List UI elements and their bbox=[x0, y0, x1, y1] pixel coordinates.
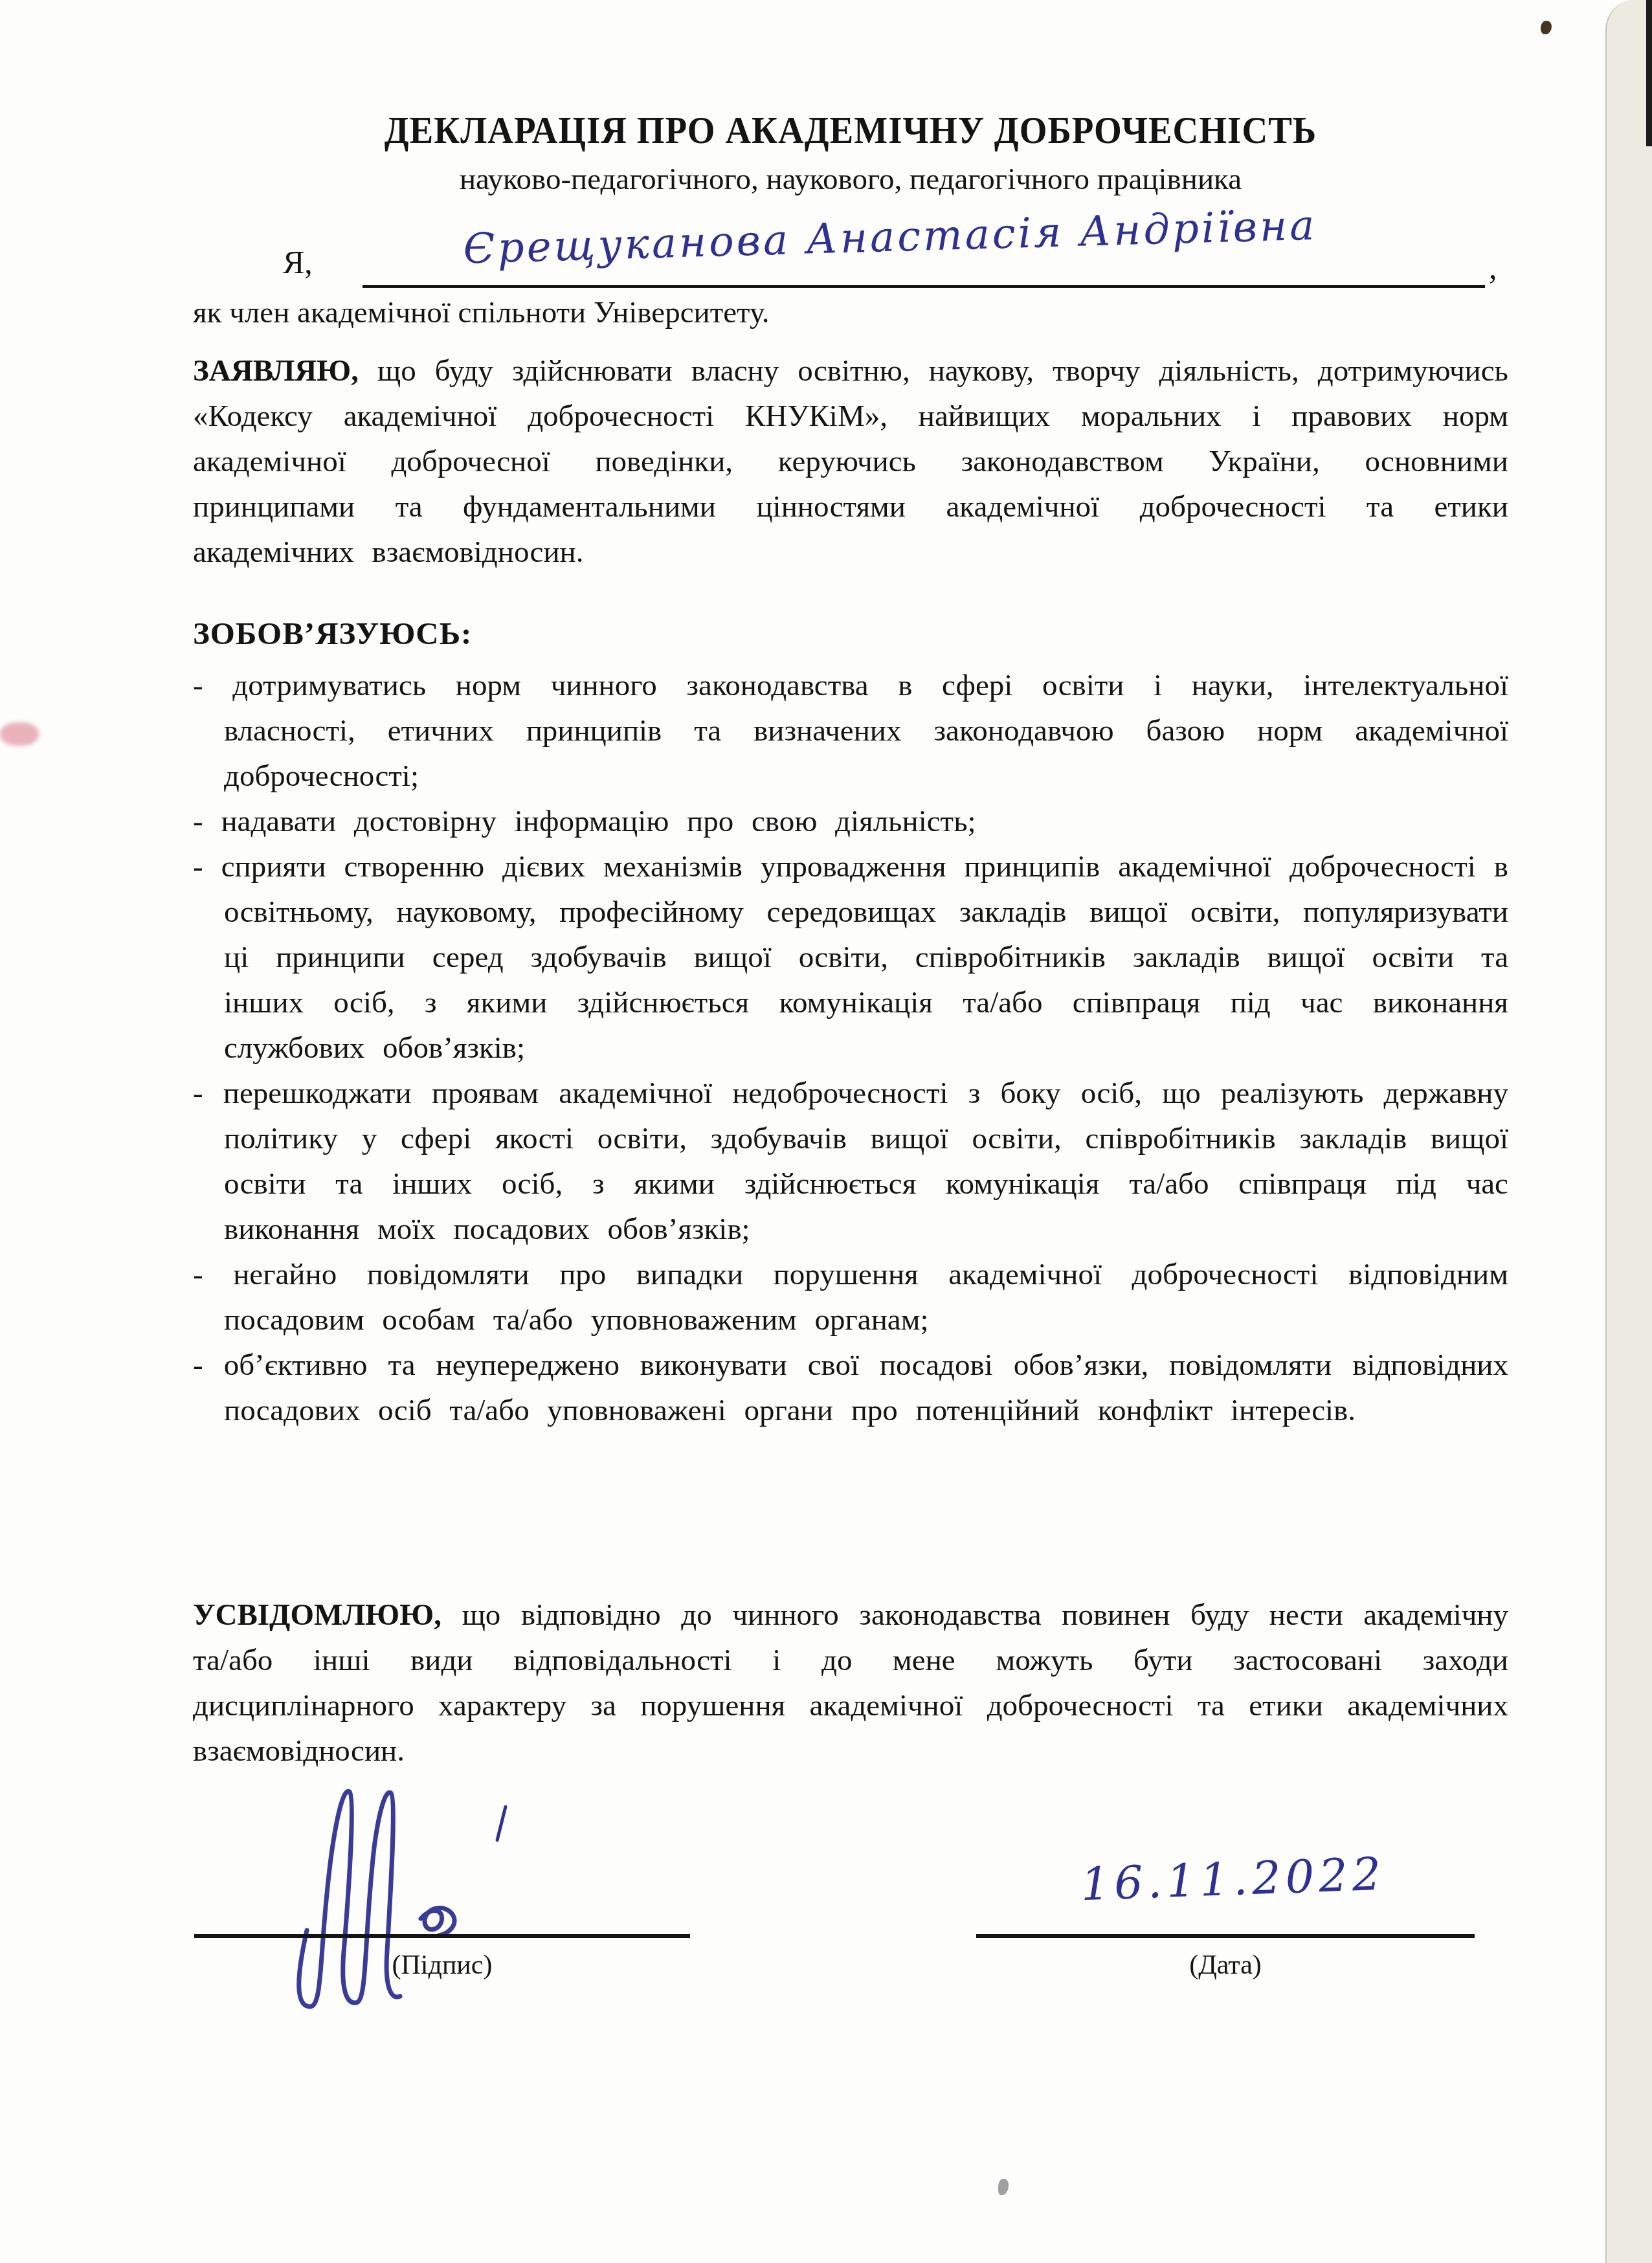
obligation-item: надавати достовірну інформацію про свою … bbox=[193, 799, 1508, 844]
pronoun-label: Я, bbox=[283, 243, 313, 281]
trailing-comma: , bbox=[1489, 249, 1497, 286]
scan-speck-top bbox=[1541, 21, 1552, 34]
document-title: ДЕКЛАРАЦІЯ ПРО АКАДЕМІЧНУ ДОБРОЧЕСНІСТЬ bbox=[193, 108, 1508, 152]
obligation-item: перешкоджати проявам академічної недобро… bbox=[193, 1071, 1508, 1252]
statement-keyword: ЗАЯВЛЯЮ, bbox=[193, 354, 359, 388]
name-underline bbox=[363, 285, 1485, 288]
date-line bbox=[976, 1934, 1475, 1938]
date-caption: (Дата) bbox=[976, 1950, 1475, 1981]
scanned-declaration-page: ДЕКЛАРАЦІЯ ПРО АКАДЕМІЧНУ ДОБРОЧЕСНІСТЬ … bbox=[0, 0, 1652, 2263]
scan-edge-shadow bbox=[1646, 0, 1652, 146]
obligation-item: об’єктивно та неупереджено виконувати св… bbox=[193, 1343, 1508, 1433]
obligation-item: негайно повідомляти про випадки порушенн… bbox=[193, 1252, 1508, 1343]
obligation-item: сприяти створенню дієвих механізмів упро… bbox=[193, 844, 1508, 1071]
scan-edge-band bbox=[1605, 0, 1652, 2263]
acknowledgement-paragraph: УСВІДОМЛЮЮ, що відповідно до чинного зак… bbox=[193, 1592, 1508, 1774]
signature-scrawl bbox=[277, 1783, 536, 2016]
document-subtitle: науково-педагогічного, наукового, педаго… bbox=[193, 162, 1508, 197]
signature-line bbox=[194, 1934, 690, 1938]
statement-paragraph: ЗАЯВЛЯЮ, що буду здійснювати власну осві… bbox=[193, 348, 1508, 575]
obligation-item: дотримуватись норм чинного законодавства… bbox=[193, 663, 1508, 799]
signature-caption: (Підпис) bbox=[194, 1950, 690, 1981]
scan-speck-bottom bbox=[998, 2179, 1009, 2195]
acknowledgement-keyword: УСВІДОМЛЮЮ, bbox=[193, 1598, 441, 1632]
obligations-list: дотримуватись норм чинного законодавства… bbox=[193, 663, 1508, 1433]
red-ink-smudge bbox=[0, 722, 39, 746]
statement-text: що буду здійснювати власну освітню, наук… bbox=[193, 354, 1508, 569]
membership-line: як член академічної спільноти Університе… bbox=[193, 295, 1508, 330]
handwritten-date: 16.11.2022 bbox=[999, 1844, 1467, 1913]
obligations-heading: ЗОБОВ’ЯЗУЮСЬ: bbox=[193, 615, 1508, 652]
handwritten-name: Єрещуканова Анастасія Андріївна bbox=[378, 199, 1401, 276]
